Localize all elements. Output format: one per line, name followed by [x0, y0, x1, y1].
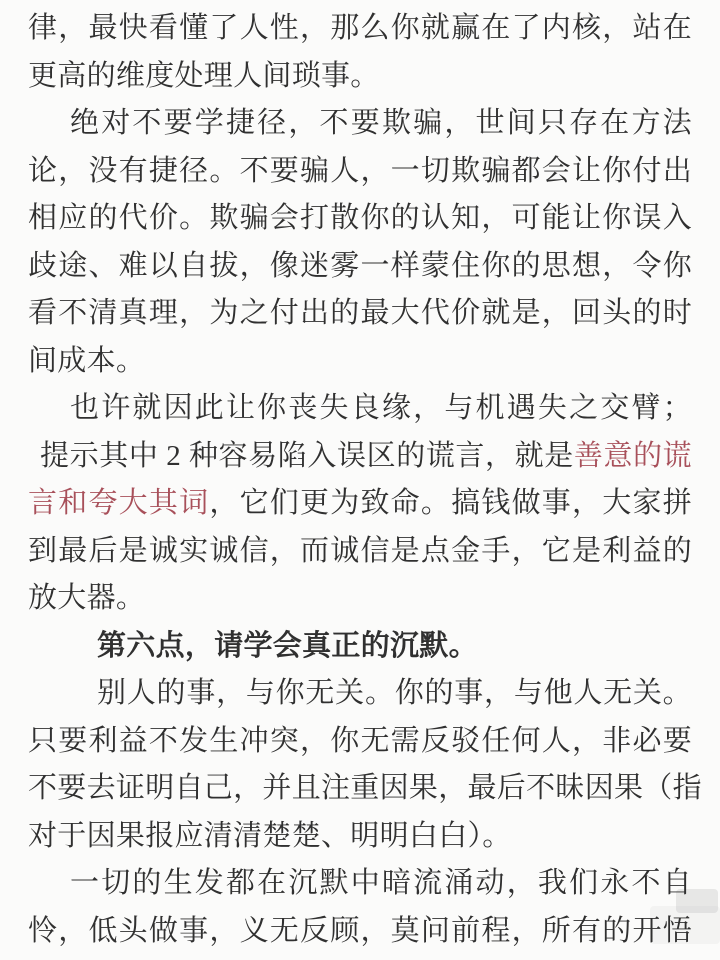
text-line: 言和夸大其词，它们更为致命。搞钱做事，大家拼	[28, 480, 692, 528]
text-line: 论，没有捷径。不要骗人，一切欺骗都会让你付出	[28, 148, 692, 196]
text-segment: 也许就因此让你丧失良缘，与机遇失之交臂；	[70, 392, 692, 424]
text-segment: 别人的事，与你无关。你的事，与他人无关。	[97, 677, 692, 709]
text-segment: 绝对不要学捷径，不要欺骗，世间只存在方法	[70, 107, 692, 139]
text-line: 放大器。	[28, 575, 692, 623]
text-segment: 更高的维度处理人间琐事。	[28, 60, 380, 92]
text-line: 对于因果报应清清楚楚、明明白白）。	[28, 813, 692, 861]
text-line: 到最后是诚实诚信，而诚信是点金手，它是利益的	[28, 528, 692, 576]
text-segment: 不要去证明自己，并且注重因果，最后不昧因果（指	[28, 772, 702, 804]
text-segment: 间成本。	[28, 345, 145, 377]
text-line: 律，最快看懂了人性，那么你就赢在了内核，站在	[28, 5, 692, 53]
text-segment: 看不清真理，为之付出的最大代价就是，回头的时	[28, 297, 692, 329]
text-segment-highlight: 善意的谎	[574, 440, 692, 472]
text-segment: 第六点，请学会真正的沉默。	[97, 630, 478, 662]
text-segment-highlight: 言和夸大其词	[28, 487, 209, 519]
text-line: 更高的维度处理人间琐事。	[28, 53, 692, 101]
text-segment: 一切的生发都在沉默中暗流涌动，我们永不自	[70, 867, 692, 899]
text-segment: 论，没有捷径。不要骗人，一切欺骗都会让你付出	[28, 155, 692, 187]
text-line: 只要利益不发生冲突，你无需反驳任何人，非必要	[28, 718, 692, 766]
text-line: 间成本。	[28, 338, 692, 386]
text-line: 一切的生发都在沉默中暗流涌动，我们永不自	[28, 860, 692, 908]
text-content: 律，最快看懂了人性，那么你就赢在了内核，站在更高的维度处理人间琐事。绝对不要学捷…	[28, 5, 692, 955]
text-line: 别人的事，与你无关。你的事，与他人无关。	[28, 670, 692, 718]
text-segment: 提示其中 2 种容易陷入误区的谎言，就是	[40, 440, 574, 472]
text-line: 看不清真理，为之付出的最大代价就是，回头的时	[28, 290, 692, 338]
text-segment: 相应的代价。欺骗会打散你的认知，可能让你误入	[28, 202, 692, 234]
text-line: 提示其中 2 种容易陷入误区的谎言，就是善意的谎	[28, 433, 692, 481]
text-line: 第六点，请学会真正的沉默。	[28, 623, 692, 671]
text-segment: 律，最快看懂了人性，那么你就赢在了内核，站在	[28, 12, 692, 44]
text-segment: 只要利益不发生冲突，你无需反驳任何人，非必要	[28, 725, 692, 757]
document-page: 律，最快看懂了人性，那么你就赢在了内核，站在更高的维度处理人间琐事。绝对不要学捷…	[0, 0, 720, 960]
text-line: 绝对不要学捷径，不要欺骗，世间只存在方法	[28, 100, 692, 148]
text-segment: 对于因果报应清清楚楚、明明白白）。	[28, 820, 512, 852]
text-line: 也许就因此让你丧失良缘，与机遇失之交臂；	[28, 385, 692, 433]
text-line: 怜，低头做事，义无反顾，莫问前程，所有的开悟	[28, 908, 692, 956]
text-segment: 歧途、难以自拔，像迷雾一样蒙住你的思想，令你	[28, 250, 692, 282]
text-segment: ，它们更为致命。搞钱做事，大家拼	[209, 487, 692, 519]
text-segment: 怜，低头做事，义无反顾，莫问前程，所有的开悟	[28, 915, 692, 947]
text-segment: 到最后是诚实诚信，而诚信是点金手，它是利益的	[28, 535, 692, 567]
text-line: 不要去证明自己，并且注重因果，最后不昧因果（指	[28, 765, 692, 813]
text-line: 相应的代价。欺骗会打散你的认知，可能让你误入	[28, 195, 692, 243]
text-line: 歧途、难以自拔，像迷雾一样蒙住你的思想，令你	[28, 243, 692, 291]
text-segment: 放大器。	[28, 582, 145, 614]
